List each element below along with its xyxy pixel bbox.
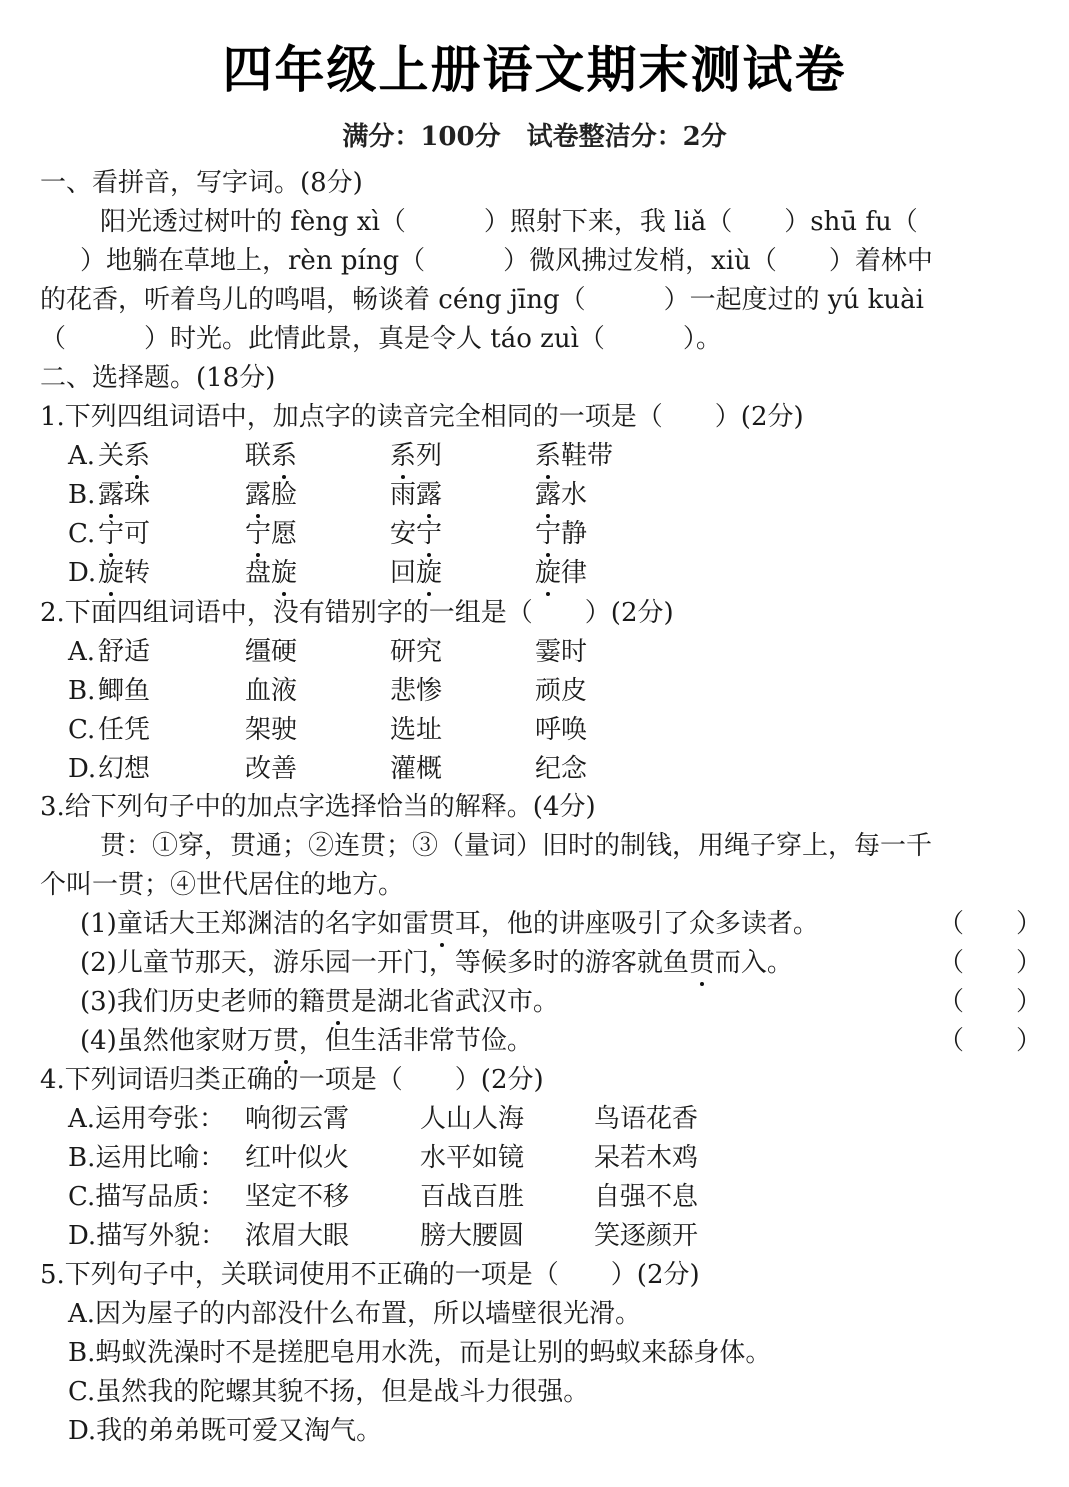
q3-item: (1)童话大王郑渊洁的名字如雷贯耳，他的讲座吸引了众多读者。: [80, 907, 819, 941]
q3-item-text: (1)童话大王郑渊洁的名字如雷: [80, 909, 429, 939]
option-label: A.: [68, 635, 95, 669]
option-word: 改善: [245, 752, 297, 786]
emphasized-char: 旋: [535, 556, 561, 590]
q3-stem: 3.给下列句子中的加点字选择恰当的解释。(4分): [40, 790, 596, 824]
emphasized-char: 贯: [429, 907, 455, 941]
answer-blank: （ ）: [938, 946, 1042, 980]
emphasized-char: 宁: [245, 517, 271, 551]
char: 愿: [271, 519, 297, 549]
option-word: 幻想: [98, 752, 150, 786]
q3-definition-line-1: 贯：①穿，贯通；②连贯；③（量词）旧时的制钱，用绳子穿上，每一千: [100, 829, 932, 863]
option-word: 露水: [535, 478, 587, 512]
emphasized-char: 系: [390, 439, 416, 473]
option-word: 呼唤: [535, 713, 587, 747]
option-word: 系列: [390, 439, 442, 473]
option-word: 膀大腰圆: [420, 1219, 524, 1253]
pinyin-line-4: （ ）时光。此情此景，真是令人 táo zuì（ ）。: [40, 322, 722, 356]
pinyin-line-3: 的花香，听着鸟儿的鸣唱，畅谈着 céng jīng（ ）一起度过的 yú kuà…: [40, 283, 924, 317]
q5-option-c: C.虽然我的陀螺其貌不扬，但是战斗力很强。: [68, 1375, 589, 1409]
option-label: C.: [68, 713, 95, 747]
option-word: 研究: [390, 635, 442, 669]
option-word: 血液: [245, 674, 297, 708]
option-word: 宁可: [98, 517, 150, 551]
q3-item-text: 而入。: [715, 948, 793, 978]
q3-definition-line-2: 个叫一贯；④世代居住的地方。: [40, 868, 404, 902]
option-word: 架驶: [245, 713, 297, 747]
option-word: 旋律: [535, 556, 587, 590]
option-word: 露珠: [98, 478, 150, 512]
char: 鞋: [561, 441, 587, 471]
answer-blank: （ ）: [938, 907, 1042, 941]
emphasized-char: 露: [416, 478, 442, 512]
option-word: 百战百胜: [420, 1180, 524, 1214]
char: 联: [245, 441, 271, 471]
q3-item: (4)虽然他家财万贯，但生活非常节俭。: [80, 1024, 533, 1058]
section2-heading: 二、选择题。(18分): [40, 361, 275, 395]
char: 水: [561, 480, 587, 510]
q5-option-b: B.蚂蚁洗澡时不是搓肥皂用水洗，而是让别的蚂蚁来舔身体。: [68, 1336, 771, 1370]
option-word: 联系: [245, 439, 297, 473]
emphasized-char: 宁: [535, 517, 561, 551]
option-label: B.运用比喻：: [68, 1141, 225, 1175]
option-word: 悲惨: [390, 674, 442, 708]
emphasized-char: 宁: [98, 517, 124, 551]
option-word: 坚定不移: [245, 1180, 349, 1214]
option-word: 霎时: [535, 635, 587, 669]
char: 回: [390, 558, 416, 588]
option-word: 露脸: [245, 478, 297, 512]
q3-item-text: 耳，他的讲座吸引了众多读者。: [455, 909, 819, 939]
pinyin-line-2: ）地躺在草地上，rèn píng（ ）微风拂过发梢，xiù（ ）着林中: [80, 244, 933, 278]
option-word: 自强不息: [594, 1180, 698, 1214]
section1-heading: 一、看拼音，写字词。(8分): [40, 166, 363, 200]
q3-item: (2)儿童节那天，游乐园一开门，等候多时的游客就鱼贯而入。: [80, 946, 793, 980]
option-label: D.: [68, 752, 96, 786]
answer-blank: （ ）: [938, 1024, 1042, 1058]
emphasized-char: 露: [245, 478, 271, 512]
char: 可: [124, 519, 150, 549]
emphasized-char: 宁: [416, 517, 442, 551]
q2-stem: 2.下面四组词语中，没有错别字的一组是（ ）(2分): [40, 596, 674, 630]
emphasized-char: 贯: [273, 1024, 299, 1058]
emphasized-char: 贯: [689, 946, 715, 980]
char: 列: [416, 441, 442, 471]
emphasized-char: 旋: [416, 556, 442, 590]
char: 雨: [390, 480, 416, 510]
option-word: 响彻云霄: [245, 1102, 349, 1136]
emphasized-char: 系: [271, 439, 297, 473]
option-label: C.: [68, 517, 95, 551]
q5-option-d: D.我的弟弟既可爱又淘气。: [68, 1414, 382, 1448]
option-label: A.运用夸张：: [68, 1102, 225, 1136]
option-label: A.: [68, 439, 95, 473]
q5-option-a: A.因为屋子的内部没什么布置，所以墙壁很光滑。: [68, 1297, 641, 1331]
char: 脸: [271, 480, 297, 510]
option-word: 选址: [390, 713, 442, 747]
q1-stem: 1.下列四组词语中，加点字的读音完全相同的一项是（ ）(2分): [40, 400, 804, 434]
option-label: C.描写品质：: [68, 1180, 225, 1214]
option-word: 系鞋带: [535, 439, 613, 473]
char: 带: [587, 441, 613, 471]
emphasized-char: 露: [98, 478, 124, 512]
emphasized-char: 系: [535, 439, 561, 473]
emphasized-char: 系: [124, 439, 150, 473]
score-info: 满分：100分 试卷整洁分：2分: [0, 116, 1069, 153]
option-word: 水平如镜: [420, 1141, 524, 1175]
option-word: 浓眉大眼: [245, 1219, 349, 1253]
option-word: 鲫鱼: [98, 674, 150, 708]
option-word: 顽皮: [535, 674, 587, 708]
char: 律: [561, 558, 587, 588]
option-word: 雨露: [390, 478, 442, 512]
option-word: 安宁: [390, 517, 442, 551]
option-word: 宁静: [535, 517, 587, 551]
answer-blank: （ ）: [938, 985, 1042, 1019]
q3-item-text: ，但生活非常节俭。: [299, 1026, 533, 1056]
char: 转: [124, 558, 150, 588]
q3-item-text: (2)儿童节那天，游乐园一开门，等候多时的游客就鱼: [80, 948, 689, 978]
option-word: 旋转: [98, 556, 150, 590]
q4-stem: 4.下列词语归类正确的一项是（ ）(2分): [40, 1063, 544, 1097]
option-label: B.: [68, 478, 95, 512]
q3-item-text: (4)虽然他家财万: [80, 1026, 273, 1056]
char: 安: [390, 519, 416, 549]
option-word: 红叶似火: [245, 1141, 349, 1175]
option-label: B.: [68, 674, 95, 708]
option-word: 笑逐颜开: [594, 1219, 698, 1253]
q3-item-text: (3)我们历史老师的籍: [80, 987, 325, 1017]
q3-item-text: 是湖北省武汉市。: [351, 987, 559, 1017]
option-word: 缰硬: [245, 635, 297, 669]
option-word: 纪念: [535, 752, 587, 786]
char: 关: [98, 441, 124, 471]
char: 盘: [245, 558, 271, 588]
q3-item: (3)我们历史老师的籍贯是湖北省武汉市。: [80, 985, 559, 1019]
emphasized-char: 旋: [271, 556, 297, 590]
option-word: 鸟语花香: [594, 1102, 698, 1136]
option-word: 宁愿: [245, 517, 297, 551]
char: 静: [561, 519, 587, 549]
option-word: 灌概: [390, 752, 442, 786]
option-label: D.: [68, 556, 96, 590]
option-word: 人山人海: [420, 1102, 524, 1136]
option-word: 呆若木鸡: [594, 1141, 698, 1175]
pinyin-line-1: 阳光透过树叶的 fèng xì（ ）照射下来，我 liǎ（ ）shū fu（: [100, 205, 918, 239]
char: 珠: [124, 480, 150, 510]
emphasized-char: 旋: [98, 556, 124, 590]
option-word: 任凭: [98, 713, 150, 747]
emphasized-char: 贯: [325, 985, 351, 1019]
option-label: D.描写外貌：: [68, 1219, 226, 1253]
q5-stem: 5.下列句子中，关联词使用不正确的一项是（ ）(2分): [40, 1258, 700, 1292]
option-word: 关系: [98, 439, 150, 473]
page-title: 四年级上册语文期末测试卷: [0, 30, 1069, 102]
option-word: 回旋: [390, 556, 442, 590]
emphasized-char: 露: [535, 478, 561, 512]
option-word: 舒适: [98, 635, 150, 669]
option-word: 盘旋: [245, 556, 297, 590]
